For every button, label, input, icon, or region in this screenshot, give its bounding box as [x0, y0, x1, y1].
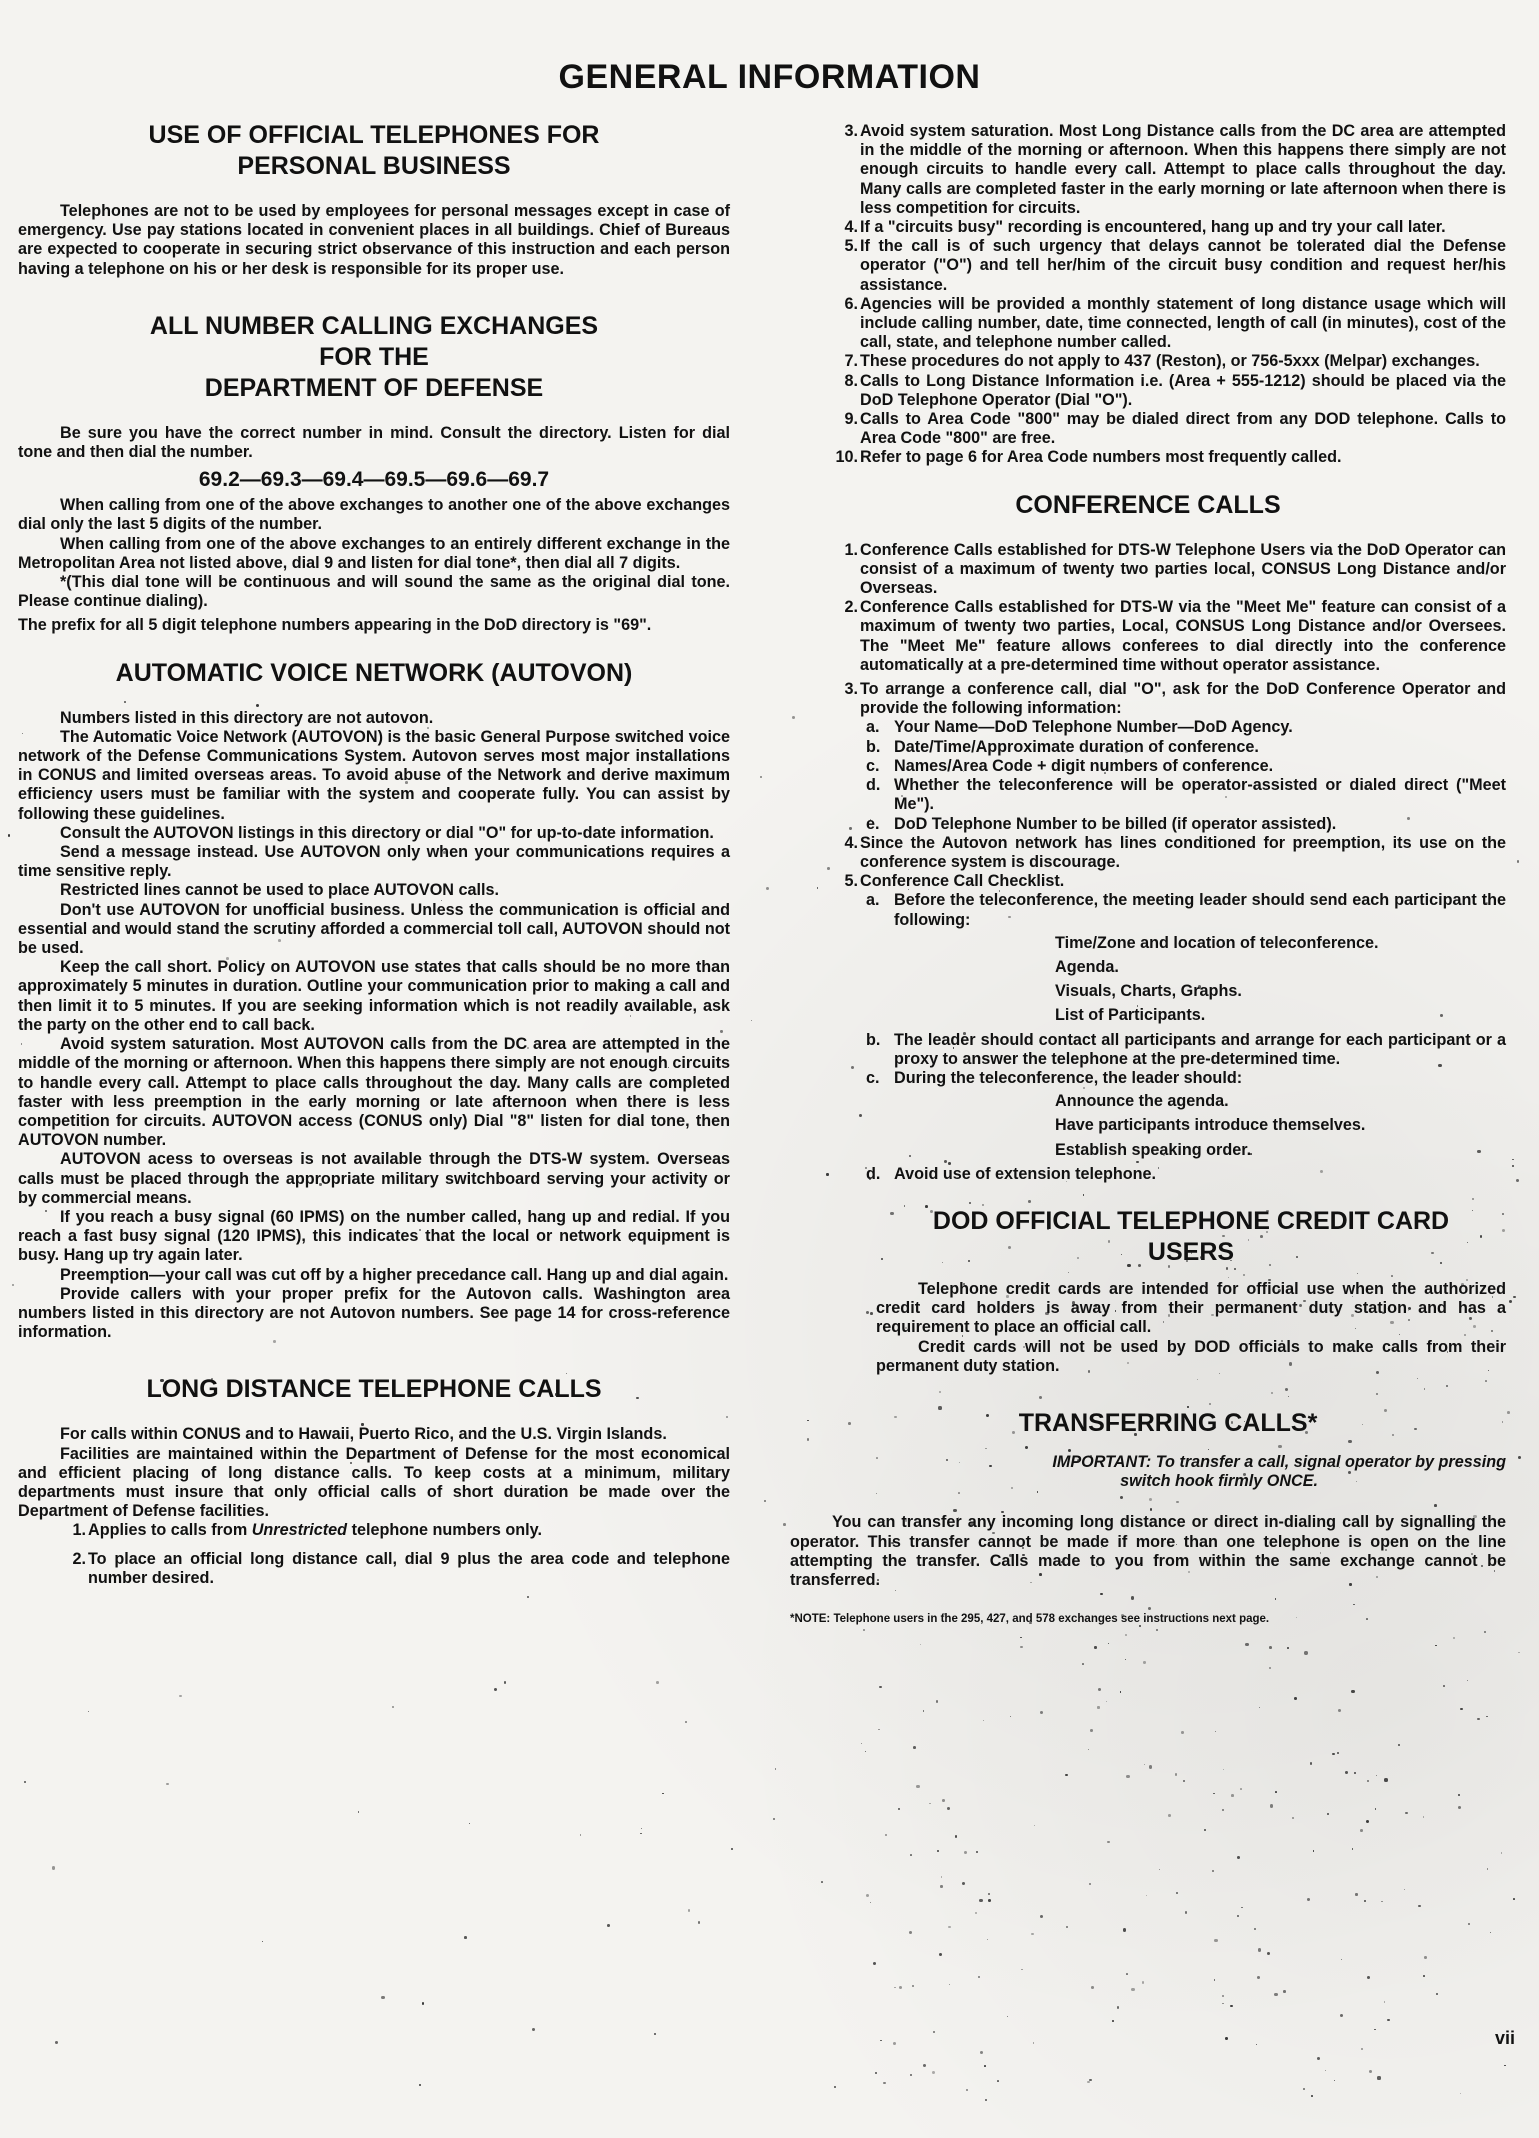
scan-speck	[504, 1681, 506, 1683]
paragraph: Telephones are not to be used by employe…	[18, 202, 730, 279]
scan-speck	[1256, 2044, 1257, 2045]
scan-speck	[1044, 1557, 1045, 1558]
scan-speck	[52, 1866, 55, 1869]
scan-speck	[1040, 1915, 1043, 1918]
item-text: During the teleconference, the leader sh…	[894, 1069, 1242, 1087]
scan-speck	[1398, 1744, 1400, 1746]
scan-speck	[1020, 1646, 1022, 1648]
scan-speck	[1468, 1923, 1470, 1925]
scan-speck	[1047, 1228, 1048, 1229]
scan-speck	[988, 1542, 989, 1543]
scan-speck	[1125, 1659, 1126, 1660]
scan-speck	[1381, 1901, 1382, 1902]
paragraph: For calls within CONUS and to Hawaii, Pu…	[18, 1425, 730, 1444]
scan-speck	[1183, 1780, 1185, 1782]
scan-speck	[1453, 1637, 1455, 1639]
scan-speck	[166, 1783, 169, 1786]
scan-speck	[1345, 1771, 1348, 1774]
scan-speck	[1072, 1301, 1075, 1304]
scan-speck	[983, 1720, 984, 1721]
scan-speck	[894, 1416, 896, 1418]
scan-speck	[1223, 1769, 1224, 1770]
scan-speck	[1185, 1911, 1188, 1914]
scan-speck	[1211, 1314, 1213, 1316]
scan-speck	[1317, 2057, 1320, 2060]
sub-item: a.Your Name—DoD Telephone Number—DoD Age…	[790, 718, 1506, 737]
list-item: 1. Conference Calls established for DTS-…	[790, 541, 1506, 599]
scan-speck	[899, 1986, 902, 1989]
item-number: 1.	[828, 541, 858, 560]
scan-speck	[656, 1681, 659, 1684]
item-text: Conference Calls established for DTS-W T…	[860, 541, 1506, 597]
scan-speck	[1125, 751, 1128, 754]
scan-speck	[1484, 1631, 1486, 1633]
scan-speck	[1461, 1283, 1464, 1286]
scan-speck	[1045, 1312, 1048, 1315]
scan-speck	[885, 1834, 887, 1836]
section-personal-use: USE OF OFFICIAL TELEPHONES FOR PERSONAL …	[18, 120, 730, 279]
scan-speck	[1031, 1933, 1034, 1936]
scan-speck	[1040, 1711, 1043, 1714]
scan-speck	[985, 2099, 986, 2100]
scan-speck	[12, 1284, 14, 1286]
section-transferring-calls: TRANSFERRING CALLS* IMPORTANT: To transf…	[790, 1408, 1506, 1626]
left-column: USE OF OFFICIAL TELEPHONES FOR PERSONAL …	[18, 120, 730, 1588]
scan-speck	[1107, 1841, 1109, 1843]
scan-speck	[1424, 1956, 1427, 1959]
scan-speck	[1387, 2019, 1390, 2022]
scan-speck	[1473, 1515, 1476, 1518]
scan-speck	[827, 867, 830, 870]
scan-speck	[821, 1881, 823, 1883]
checklist-bullet: Time/Zone and location of teleconference…	[790, 934, 1506, 953]
scan-speck	[1436, 1993, 1438, 1995]
scan-speck	[1292, 1817, 1295, 1820]
checklist-item: a. Before the teleconference, the meetin…	[790, 891, 1506, 929]
scan-speck	[1175, 1773, 1177, 1775]
paragraph: Consult the AUTOVON listings in this dir…	[18, 824, 730, 843]
scan-speck	[1269, 1667, 1271, 1669]
item-number: 5.	[828, 237, 858, 256]
scan-speck	[1404, 1889, 1405, 1890]
paragraph: You can transfer any incoming long dista…	[790, 1513, 1506, 1590]
scan-speck	[464, 1936, 467, 1939]
scan-speck	[992, 1532, 994, 1534]
scan-speck	[1028, 1200, 1031, 1203]
scan-speck	[860, 1578, 863, 1581]
scan-speck	[938, 1406, 941, 1409]
footnote: *NOTE: Telephone users in the 295, 427, …	[790, 1612, 1506, 1626]
scan-speck	[1289, 1362, 1292, 1365]
scan-speck	[895, 1590, 896, 1591]
scan-speck	[1237, 1856, 1240, 1859]
scan-speck	[962, 1882, 965, 1885]
item-number: 8.	[828, 372, 858, 391]
scan-speck	[985, 1448, 986, 1449]
scan-speck	[1183, 1429, 1184, 1430]
scan-speck	[879, 1686, 882, 1689]
scan-speck	[1163, 1154, 1165, 1156]
scan-speck	[662, 1793, 663, 1794]
scan-speck	[1066, 1926, 1068, 1928]
scan-speck	[1460, 1708, 1462, 1710]
scan-speck	[1507, 1411, 1510, 1414]
scan-speck	[1091, 1986, 1094, 1989]
scan-speck	[975, 1912, 977, 1914]
scan-speck	[1214, 1939, 1217, 1942]
scan-speck	[662, 1244, 663, 1245]
scan-speck	[878, 1729, 879, 1730]
scan-speck	[1275, 1791, 1277, 1793]
scan-speck	[1290, 1515, 1293, 1518]
scan-speck	[1464, 1334, 1466, 1336]
scan-speck	[257, 961, 259, 963]
scan-speck	[1097, 1706, 1099, 1708]
scan-speck	[358, 1811, 359, 1812]
scan-speck	[971, 1522, 974, 1525]
scan-speck	[942, 1799, 945, 1802]
scan-speck	[958, 1517, 959, 1518]
scan-speck	[863, 1629, 865, 1631]
scan-speck	[1149, 1765, 1152, 1768]
item-number: 1.	[56, 1521, 86, 1540]
important-line: IMPORTANT: To transfer a call, signal op…	[1052, 1453, 1506, 1471]
scan-speck	[783, 1523, 786, 1526]
scan-speck	[1513, 1296, 1516, 1299]
item-text: Since the Autovon network has lines cond…	[860, 834, 1506, 871]
scan-speck	[923, 1710, 925, 1712]
scan-speck	[1108, 1643, 1109, 1644]
scan-speck	[883, 2082, 885, 2084]
scan-speck	[939, 1953, 942, 1956]
section-heading: DOD OFFICIAL TELEPHONE CREDIT CARD USERS	[876, 1206, 1506, 1268]
checklist-bullet: Agenda.	[790, 958, 1506, 977]
list-item: 4.If a "circuits busy" recording is enco…	[790, 218, 1506, 237]
scan-speck	[1275, 1598, 1276, 1599]
scan-speck	[1472, 1210, 1473, 1211]
scan-speck	[1349, 1583, 1351, 1585]
scan-speck	[955, 1835, 957, 1837]
list-item: 6.Agencies will be provided a monthly st…	[790, 295, 1506, 353]
scan-speck	[826, 1173, 828, 1175]
scan-speck	[636, 1397, 639, 1400]
scan-speck	[966, 2089, 968, 2091]
item-text: The leader should contact all participan…	[894, 1031, 1506, 1068]
scan-speck	[910, 1854, 912, 1856]
section-heading: LONG DISTANCE TELEPHONE CALLS	[18, 1374, 730, 1405]
scan-speck	[1187, 1406, 1188, 1407]
paragraph: Keep the call short. Policy on AUTOVON u…	[18, 958, 730, 1035]
scan-speck	[654, 2033, 656, 2035]
scan-speck	[273, 1340, 276, 1343]
footnote: *(This dial tone will be continuous and …	[18, 573, 730, 611]
scan-speck	[1039, 1573, 1042, 1576]
scan-speck	[909, 1931, 912, 1934]
scan-speck	[1127, 1264, 1130, 1267]
scan-speck	[527, 1047, 529, 1049]
prefix-note: The prefix for all 5 digit telephone num…	[18, 616, 730, 635]
scan-speck	[1348, 1471, 1351, 1474]
scan-speck	[1361, 2048, 1363, 2050]
scan-speck	[982, 1204, 983, 1205]
scan-speck	[1512, 1159, 1514, 1161]
scan-speck	[963, 1283, 965, 1285]
scan-speck	[1176, 1892, 1178, 1894]
important-line: switch hook firmly ONCE.	[1120, 1472, 1318, 1491]
scan-speck	[1518, 1652, 1519, 1653]
scan-speck	[1250, 1153, 1252, 1155]
scan-speck	[848, 1422, 851, 1425]
sub-item: d.Whether the teleconference will be ope…	[790, 776, 1506, 814]
scan-speck	[962, 1335, 963, 1336]
scan-speck	[494, 1688, 497, 1691]
item-number: 4.	[828, 218, 858, 237]
scan-speck	[607, 1924, 610, 1927]
scan-speck	[1351, 1690, 1354, 1693]
scan-speck	[898, 1808, 899, 1809]
item-number: 9.	[828, 410, 858, 429]
scan-speck	[941, 1876, 943, 1878]
paragraph: Send a message instead. Use AUTOVON only…	[18, 843, 730, 881]
scan-speck	[1241, 1907, 1242, 1908]
scan-speck	[1517, 860, 1519, 862]
scan-speck	[1033, 2042, 1034, 2043]
scan-speck	[859, 1114, 862, 1117]
scan-speck	[764, 1500, 766, 1502]
scan-speck	[1087, 2081, 1089, 2083]
scan-speck	[1348, 1440, 1351, 1443]
scan-speck	[1008, 1246, 1011, 1249]
scan-speck	[1176, 1544, 1177, 1545]
heading-line: PERSONAL BUSINESS	[237, 152, 510, 180]
scan-speck	[1341, 1959, 1342, 1960]
scan-speck	[1355, 1893, 1357, 1895]
checklist-a-bullets: Time/Zone and location of teleconference…	[790, 934, 1506, 1026]
scan-speck	[1270, 1804, 1273, 1807]
item-text: Calls to Area Code "800" may be dialed d…	[860, 410, 1506, 447]
scan-speck	[932, 2071, 935, 2074]
scan-speck	[1090, 1729, 1093, 1732]
list-item: 3.Avoid system saturation. Most Long Dis…	[790, 122, 1506, 218]
scan-speck	[1020, 1637, 1022, 1639]
scan-speck	[1267, 1952, 1270, 1955]
item-text: If a "circuits busy" recording is encoun…	[860, 218, 1446, 236]
scan-speck	[1214, 1979, 1215, 1980]
scan-speck	[532, 2028, 535, 2031]
scan-speck	[988, 1899, 991, 1902]
scan-speck	[1492, 1296, 1494, 1298]
scan-speck	[1021, 1969, 1022, 1970]
scan-speck	[1168, 1265, 1170, 1267]
item-letter: a.	[866, 891, 880, 910]
checklist-bullet: Have participants introduce themselves.	[790, 1116, 1506, 1135]
item-number: 2.	[56, 1550, 86, 1569]
scan-speck	[21, 1043, 22, 1044]
paragraph: Be sure you have the correct number in m…	[18, 424, 730, 462]
item-text: Conference Call Checklist.	[860, 872, 1064, 890]
list-item: 3. To arrange a conference call, dial "O…	[790, 680, 1506, 718]
scan-speck	[913, 1746, 916, 1749]
paragraph: Telephone credit cards are intended for …	[876, 1280, 1506, 1338]
scan-speck	[1266, 1210, 1269, 1213]
list-item: 7.These procedures do not apply to 437 (…	[790, 352, 1506, 371]
scan-speck	[963, 1032, 966, 1035]
scan-speck	[890, 1212, 893, 1215]
scan-speck	[1123, 1928, 1126, 1931]
scan-speck	[1435, 1645, 1436, 1646]
scan-speck	[1146, 1895, 1148, 1897]
scan-speck	[1125, 1634, 1127, 1636]
scan-speck	[1287, 1647, 1289, 1649]
scan-speck	[1222, 1809, 1224, 1811]
scan-speck	[1307, 1898, 1310, 1901]
scan-speck	[953, 1047, 955, 1049]
paragraph: Numbers listed in this directory are not…	[18, 709, 730, 728]
scan-speck	[1366, 1618, 1368, 1620]
scan-speck	[937, 1850, 939, 1852]
paragraph: Credit cards will not be used by DOD off…	[876, 1338, 1506, 1376]
section-heading: AUTOMATIC VOICE NETWORK (AUTOVON)	[18, 658, 730, 689]
scan-speck	[1257, 1976, 1260, 1979]
scan-speck	[1121, 1254, 1122, 1255]
scan-speck	[1294, 1697, 1297, 1700]
scan-speck	[912, 1985, 914, 1987]
paragraph: Facilities are maintained within the Dep…	[18, 1445, 730, 1522]
list-item: 1. Applies to calls from Unrestricted te…	[18, 1521, 730, 1540]
scan-speck	[350, 1462, 352, 1464]
item-text: telephone numbers only.	[347, 1521, 542, 1539]
scan-speck	[1334, 2080, 1335, 2081]
scan-speck	[443, 851, 446, 854]
scan-speck	[1467, 1680, 1468, 1681]
scan-speck	[160, 1379, 163, 1382]
scan-speck	[124, 701, 126, 703]
scan-speck	[1491, 1330, 1493, 1332]
section-exchanges: ALL NUMBER CALLING EXCHANGES FOR THE DEP…	[18, 311, 730, 636]
scan-speck	[1126, 1775, 1129, 1778]
section-heading: TRANSFERRING CALLS*	[790, 1408, 1506, 1439]
scan-speck	[922, 1564, 924, 1566]
list-item: 2. To place an official long distance ca…	[18, 1550, 730, 1588]
scan-speck	[942, 1613, 944, 1615]
scan-speck	[947, 1807, 950, 1810]
scan-speck	[1512, 1165, 1514, 1167]
scan-speck	[469, 1823, 470, 1824]
scan-speck	[1088, 1749, 1089, 1750]
scan-speck	[1377, 2076, 1380, 2079]
scan-speck	[422, 2002, 425, 2005]
scan-speck	[1340, 2014, 1343, 2017]
scan-speck	[1485, 1380, 1487, 1382]
section-long-distance: LONG DISTANCE TELEPHONE CALLS For calls …	[18, 1374, 730, 1588]
scan-speck	[1305, 1431, 1308, 1434]
scan-speck	[1231, 1421, 1233, 1423]
conference-list: 1. Conference Calls established for DTS-…	[790, 541, 1506, 719]
scan-speck	[979, 1899, 982, 1902]
heading-line: USE OF OFFICIAL TELEPHONES FOR	[149, 121, 600, 149]
autovon-paragraphs: Numbers listed in this directory are not…	[18, 709, 730, 1343]
scan-speck	[1065, 1774, 1067, 1776]
scan-speck	[1375, 1808, 1376, 1809]
scan-speck	[641, 1828, 642, 1829]
scan-speck	[987, 1939, 988, 1940]
scan-speck	[1471, 1553, 1473, 1555]
scan-speck	[1360, 1829, 1363, 1832]
scan-speck	[1008, 916, 1011, 919]
scan-speck	[1367, 1976, 1370, 1979]
scan-speck	[685, 1721, 687, 1723]
scan-speck	[1376, 1775, 1377, 1776]
scan-speck	[849, 827, 851, 829]
scan-speck	[901, 795, 903, 797]
scan-speck	[1325, 2070, 1326, 2071]
list-item: 8.Calls to Long Distance Information i.e…	[790, 372, 1506, 410]
scan-speck	[1310, 1762, 1312, 1764]
scan-speck	[1112, 2020, 1114, 2022]
scan-speck	[1480, 1235, 1483, 1238]
scan-speck	[551, 1232, 552, 1233]
scan-speck	[1337, 1752, 1339, 1754]
scan-speck	[202, 1078, 205, 1081]
scan-speck	[1082, 1663, 1084, 1665]
scan-speck	[1120, 1496, 1123, 1499]
scan-speck	[1108, 1240, 1111, 1243]
conference-info-list: a.Your Name—DoD Telephone Number—DoD Age…	[790, 718, 1506, 833]
scan-speck	[1504, 2065, 1505, 2066]
sub-item: b.Date/Time/Approximate duration of conf…	[790, 738, 1506, 757]
item-number: 5.	[828, 872, 858, 891]
heading-line: ALL NUMBER CALLING EXCHANGES	[150, 312, 598, 340]
list-item: 10.Refer to page 6 for Area Code numbers…	[790, 448, 1506, 467]
scan-speck	[1431, 1252, 1433, 1254]
scan-speck	[1364, 1900, 1366, 1902]
scan-speck	[731, 1848, 733, 1850]
list-item: 2. Conference Calls established for DTS-…	[790, 598, 1506, 675]
paragraph: If you reach a busy signal (60 IPMS) on …	[18, 1208, 730, 1266]
section-heading: ALL NUMBER CALLING EXCHANGES FOR THE DEP…	[18, 311, 730, 404]
list-item: 5.If the call is of such urgency that de…	[790, 237, 1506, 295]
scan-speck	[1481, 1565, 1483, 1567]
scan-speck	[1212, 1870, 1215, 1873]
paragraph: Provide callers with your proper prefix …	[18, 1285, 730, 1343]
scan-speck	[1022, 1554, 1024, 1556]
long-distance-list: 1. Applies to calls from Unrestricted te…	[18, 1521, 730, 1588]
checklist-bullet: List of Participants.	[790, 1006, 1506, 1025]
paragraph: Avoid system saturation. Most AUTOVON ca…	[18, 1035, 730, 1150]
scan-speck	[179, 1695, 182, 1698]
item-letter: c.	[866, 757, 880, 776]
scan-speck	[978, 1976, 980, 1978]
scan-speck	[1278, 1445, 1281, 1448]
scan-speck	[1458, 1794, 1460, 1796]
scan-speck	[1237, 1915, 1239, 1917]
scan-speck	[1094, 1646, 1096, 1648]
scan-speck	[1259, 1707, 1260, 1708]
scan-speck	[936, 1700, 939, 1703]
paragraph: Preemption—your call was cut off by a hi…	[18, 1266, 730, 1285]
item-text: Conference Calls established for DTS-W v…	[860, 598, 1506, 674]
scan-speck	[1258, 1948, 1261, 1951]
scan-speck	[726, 1416, 727, 1417]
scan-speck	[1254, 1928, 1256, 1930]
scan-speck	[1501, 1852, 1502, 1853]
scan-speck	[1243, 1473, 1246, 1476]
scan-speck	[1010, 1716, 1011, 1717]
scan-speck	[1366, 1820, 1369, 1823]
scan-speck	[1215, 1731, 1216, 1732]
right-column: 3.Avoid system saturation. Most Long Dis…	[790, 122, 1506, 1626]
scan-speck	[1269, 1646, 1272, 1649]
